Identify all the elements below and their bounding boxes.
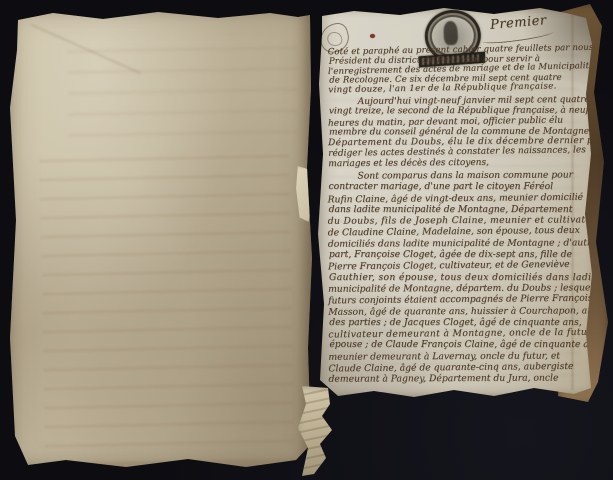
handwritten-line: Gauthier, son épouse, tous deux domicili… xyxy=(329,272,593,283)
handwritten-line: épouse ; de Claude François Claine, âgé … xyxy=(329,339,593,350)
handwritten-line: membre du conseil général de la commune … xyxy=(329,126,593,137)
certification-paragraph: Coté et paraphé au présent cahier quatre… xyxy=(328,44,593,97)
ink-showthrough xyxy=(39,145,296,470)
left-blank-page xyxy=(8,8,312,474)
stamp-figure xyxy=(443,21,458,46)
handwritten-line: Pierre François Cloget, cultivateur, et … xyxy=(328,259,592,273)
preamble-paragraph: Aujourd'hui vingt-neuf janvier mil sept … xyxy=(328,95,593,169)
handwritten-line: contracter mariage, d'une part le citoye… xyxy=(329,181,593,192)
right-manuscript-page: Premier Coté et paraphé au présent cahie… xyxy=(314,4,600,402)
handwritten-line: dans ladite municipalité de Montagne, Dé… xyxy=(329,204,593,215)
rust-fleck xyxy=(370,34,375,38)
ink-showthrough xyxy=(67,36,299,150)
scanned-register-spread: Premier Coté et paraphé au présent cahie… xyxy=(0,0,613,480)
torn-paper-flap xyxy=(296,166,314,222)
handwritten-line: Masson, âgé de quarante ans, huissier à … xyxy=(328,305,592,318)
handwritten-line: domiciliés dans ladite municipalité de M… xyxy=(328,237,592,250)
marriage-act-paragraph: Sont comparus dans la maison commune pou… xyxy=(327,169,592,385)
handwritten-line: demeurant à Pagney, Département du Jura,… xyxy=(329,373,593,386)
